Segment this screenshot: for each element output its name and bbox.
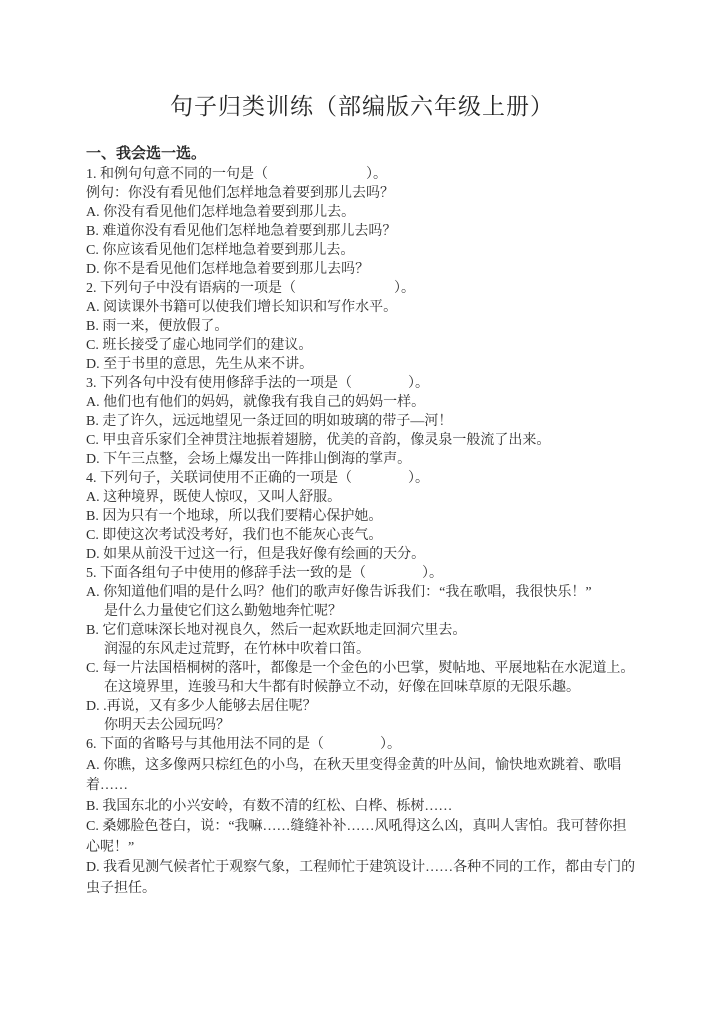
question-5-option-a-line-2: 是什么力量使它们这么勤勉地奔忙呢？ (86, 602, 666, 621)
question-1-option-d: D. 你不是看见他们怎样地急着要到那儿去吗？ (86, 260, 666, 279)
question-5-option-c-line-2: 在这境界里，连骏马和大牛都有时候静立不动，好像在回味草原的无限乐趣。 (86, 678, 666, 697)
question-3-stem: 3. 下列各句中没有使用修辞手法的一项是（ ）。 (86, 374, 666, 393)
question-2-option-a: A. 阅读课外书籍可以使我们增长知识和写作水平。 (86, 298, 666, 317)
question-list: 1. 和例句句意不同的一句是（ ）。 例句：你没有看见他们怎样地急着要到那儿去吗… (86, 165, 666, 899)
question-4-option-b: B. 因为只有一个地球，所以我们要精心保护她。 (86, 507, 666, 526)
question-5-option-b-line-2: 润湿的东风走过荒野，在竹林中吹着口笛。 (86, 640, 666, 659)
question-1-example: 例句：你没有看见他们怎样地急着要到那儿去吗？ (86, 184, 666, 203)
question-5-stem: 5. 下面各组句子中使用的修辞手法一致的是（ ）。 (86, 564, 666, 583)
question-4-option-c: C. 即使这次考试没考好，我们也不能灰心丧气。 (86, 526, 666, 545)
question-4-option-d: D. 如果从前没干过这一行，但是我好像有绘画的天分。 (86, 545, 666, 564)
question-5-option-b-line-1: B. 它们意味深长地对视良久，然后一起欢跃地走回洞穴里去。 (86, 621, 666, 640)
question-3-option-a: A. 他们也有他们的妈妈，就像我有我自己的妈妈一样。 (86, 393, 666, 412)
section-heading: 一、我会选一选。 (86, 144, 206, 164)
question-5-option-a-line-1: A. 你知道他们唱的是什么吗？他们的歌声好像告诉我们：“我在歌唱，我很快乐！” (86, 583, 666, 602)
question-6-option-b: B. 我国东北的小兴安岭，有数不清的红松、白桦、栎树…… (86, 797, 666, 818)
question-5-option-d-line-1: D. .再说，又有多少人能够去居住呢？ (86, 697, 666, 716)
question-3-option-c: C. 甲虫音乐家们全神贯注地振着翅膀，优美的音韵，像灵泉一般流了出来。 (86, 431, 666, 450)
page-title: 句子归类训练（部编版六年级上册） (0, 92, 724, 122)
question-4-stem: 4. 下列句子，关联词使用不正确的一项是（ ）。 (86, 469, 666, 488)
question-2-option-d: D. 至于书里的意思，先生从来不讲。 (86, 355, 666, 374)
question-3-option-b: B. 走了许久，远远地望见一条迂回的明如玻璃的带子—河！ (86, 412, 666, 431)
worksheet-page: 句子归类训练（部编版六年级上册） 一、我会选一选。 1. 和例句句意不同的一句是… (0, 0, 724, 1024)
question-1-stem: 1. 和例句句意不同的一句是（ ）。 (86, 165, 666, 184)
question-6-option-d-line-1: D. 我看见测气候者忙于观察气象，工程师忙于建筑设计……各种不同的工作，都由专门… (86, 858, 666, 879)
question-6-stem: 6. 下面的省略号与其他用法不同的是（ ）。 (86, 735, 666, 756)
question-3-option-d: D. 下午三点整，会场上爆发出一阵排山倒海的掌声。 (86, 450, 666, 469)
question-5-option-c-line-1: C. 每一片法国梧桐树的落叶，都像是一个金色的小巴掌，熨帖地、平展地粘在水泥道上… (86, 659, 666, 678)
question-6: 6. 下面的省略号与其他用法不同的是（ ）。 A. 你瞧，这多像两只棕红色的小鸟… (86, 735, 666, 899)
question-5-option-d-line-2: 你明天去公园玩吗？ (86, 716, 666, 735)
question-1-option-a: A. 你没有看见他们怎样地急着要到那儿去。 (86, 203, 666, 222)
question-1-option-c: C. 你应该看见他们怎样地急着要到那儿去。 (86, 241, 666, 260)
question-2-option-b: B. 雨一来，便放假了。 (86, 317, 666, 336)
question-6-option-c-line-1: C. 桑娜脸色苍白，说：“我嘛……缝缝补补……风吼得这么凶，真叫人害怕。我可替你… (86, 817, 666, 838)
question-2-stem: 2. 下列句子中没有语病的一项是（ ）。 (86, 279, 666, 298)
question-4-option-a: A. 这种境界，既使人惊叹，又叫人舒服。 (86, 488, 666, 507)
question-1-option-b: B. 难道你没有看见他们怎样地急着要到那儿去吗？ (86, 222, 666, 241)
question-6-option-c-line-2: 心呢！” (86, 838, 666, 859)
question-6-option-d-line-2: 虫子担任。 (86, 879, 666, 900)
question-2-option-c: C. 班长接受了虚心地同学们的建议。 (86, 336, 666, 355)
question-6-option-a-line-2: 着…… (86, 776, 666, 797)
question-6-option-a-line-1: A. 你瞧，这多像两只棕红色的小鸟，在秋天里变得金黄的叶丛间，愉快地欢跳着、歌唱 (86, 756, 666, 777)
